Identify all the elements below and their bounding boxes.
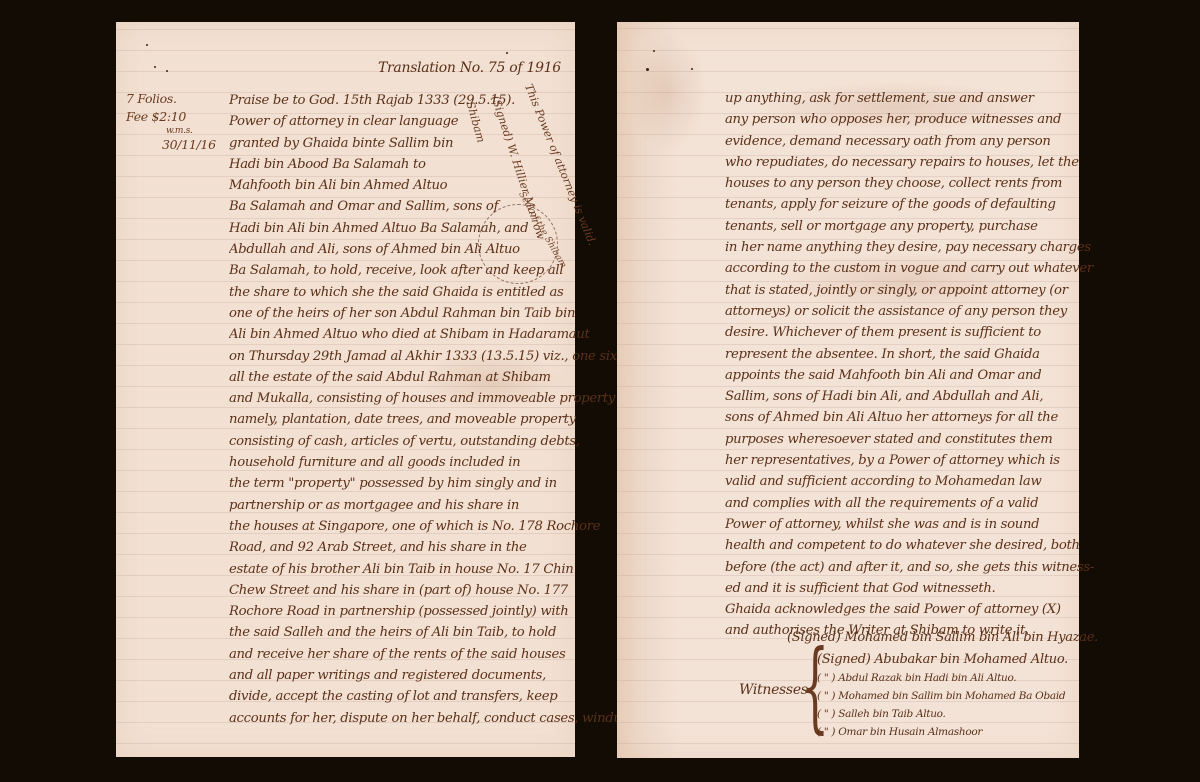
text-line: Hadi bin Abood Ba Salamah to xyxy=(229,154,646,175)
ink-speck xyxy=(166,70,168,72)
ink-speck xyxy=(146,44,148,46)
witness-signature: ( " ) Salleh bin Taib Altuo. xyxy=(817,705,1068,723)
text-line: household furniture and all goods includ… xyxy=(229,452,646,473)
text-line: desire. Whichever of them present is suf… xyxy=(725,322,1094,343)
text-line: granted by Ghaida binte Sallim bin xyxy=(229,133,646,154)
text-line: represent the absentee. In short, the sa… xyxy=(725,344,1094,365)
text-line: Hadi bin Ali bin Ahmed Altuo Ba Salamah,… xyxy=(229,218,646,239)
fee-note: Fee $2:10 xyxy=(126,108,216,126)
text-line: the term "property" possessed by him sin… xyxy=(229,473,646,494)
text-line: on Thursday 29th Jamad al Akhir 1333 (13… xyxy=(229,346,646,367)
text-line: Ghaida acknowledges the said Power of at… xyxy=(725,599,1094,620)
text-line: and all paper writings and registered do… xyxy=(229,665,646,686)
text-line: who repudiates, do necessary repairs to … xyxy=(725,152,1094,173)
text-line: ed and it is sufficient that God witness… xyxy=(725,578,1094,599)
text-line: her representatives, by a Power of attor… xyxy=(725,450,1094,471)
witness-signature: ( " ) Omar bin Husain Almashoor xyxy=(817,723,1068,741)
text-line: sons of Ahmed bin Ali Altuo her attorney… xyxy=(725,407,1094,428)
text-line: one of the heirs of her son Abdul Rahman… xyxy=(229,303,646,324)
text-line: partnership or as mortgagee and his shar… xyxy=(229,495,646,516)
text-line: divide, accept the casting of lot and tr… xyxy=(229,686,646,707)
text-line: namely, plantation, date trees, and move… xyxy=(229,409,646,430)
text-line: Mahfooth bin Ali bin Ahmed Altuo xyxy=(229,175,646,196)
text-line: Power of attorney in clear language xyxy=(229,111,646,132)
witnesses-label: Witnesses xyxy=(739,682,808,698)
translation-header: Translation No. 75 of 1916 xyxy=(378,60,561,76)
text-line: Praise be to God. 15th Rajab 1333 (29.5.… xyxy=(229,90,646,111)
text-line: any person who opposes her, produce witn… xyxy=(725,109,1094,130)
ink-speck xyxy=(154,66,156,68)
text-line: health and competent to do whatever she … xyxy=(725,535,1094,556)
text-line: tenants, sell or mortgage any property, … xyxy=(725,216,1094,237)
margin-note: 7 Folios. Fee $2:10 w.m.s. 30/11/16 xyxy=(126,90,216,154)
right-page-body: up anything, ask for settlement, sue and… xyxy=(725,88,1094,642)
text-line: Rochore Road in partnership (possessed j… xyxy=(229,601,646,622)
text-line: Abdullah and Ali, sons of Ahmed bin Ali … xyxy=(229,239,646,260)
right-page: up anything, ask for settlement, sue and… xyxy=(617,22,1079,758)
text-line: and Mukalla, consisting of houses and im… xyxy=(229,388,646,409)
text-line: up anything, ask for settlement, sue and… xyxy=(725,88,1094,109)
text-line: the houses at Singapore, one of which is… xyxy=(229,516,646,537)
text-line: accounts for her, dispute on her behalf,… xyxy=(229,708,646,729)
text-line: attorneys) or solicit the assistance of … xyxy=(725,301,1094,322)
text-line: estate of his brother Ali bin Taib in ho… xyxy=(229,559,646,580)
initials-note: w.m.s. xyxy=(166,126,216,136)
text-line: Power of attorney, whilst she was and is… xyxy=(725,514,1094,535)
principal-signature: (Signed) Mohamed bin Sallim bin Ali bin … xyxy=(787,630,1098,645)
text-line: evidence, demand necessary oath from any… xyxy=(725,131,1094,152)
text-line: Chew Street and his share in (part of) h… xyxy=(229,580,646,601)
text-line: appoints the said Mahfooth bin Ali and O… xyxy=(725,365,1094,386)
ink-speck xyxy=(691,68,693,70)
text-line: the share to which she the said Ghaida i… xyxy=(229,282,646,303)
text-line: Ali bin Ahmed Altuo who died at Shibam i… xyxy=(229,324,646,345)
text-line: Road, and 92 Arab Street, and his share … xyxy=(229,537,646,558)
text-line: according to the custom in vogue and car… xyxy=(725,258,1094,279)
text-line: Sallim, sons of Hadi bin Ali, and Abdull… xyxy=(725,386,1094,407)
left-page: Translation No. 75 of 1916 7 Folios. Fee… xyxy=(116,22,575,757)
text-line: valid and sufficient according to Mohame… xyxy=(725,471,1094,492)
text-line: Ba Salamah and Omar and Sallim, sons of xyxy=(229,196,646,217)
text-line: tenants, apply for seizure of the goods … xyxy=(725,194,1094,215)
text-line: that is stated, jointly or singly, or ap… xyxy=(725,280,1094,301)
date-note: 30/11/16 xyxy=(162,136,216,154)
text-line: and receive her share of the rents of th… xyxy=(229,644,646,665)
text-line: all the estate of the said Abdul Rahman … xyxy=(229,367,646,388)
folios-note: 7 Folios. xyxy=(126,90,216,108)
text-line: houses to any person they choose, collec… xyxy=(725,173,1094,194)
text-line: purposes wheresoever stated and constitu… xyxy=(725,429,1094,450)
ink-speck xyxy=(506,52,508,54)
text-line: consisting of cash, articles of vertu, o… xyxy=(229,431,646,452)
ink-speck xyxy=(646,68,649,71)
witness-signature: ( " ) Mohamed bin Sallim bin Mohamed Ba … xyxy=(817,687,1068,705)
paper-stain xyxy=(627,32,707,152)
text-line: the said Salleh and the heirs of Ali bin… xyxy=(229,622,646,643)
text-line: before (the act) and after it, and so, s… xyxy=(725,557,1094,578)
text-line: and complies with all the requirements o… xyxy=(725,493,1094,514)
ink-speck xyxy=(653,50,655,52)
witness-signature: ( " ) Abdul Razak bin Hadi bin Ali Altuo… xyxy=(817,669,1068,687)
text-line: Ba Salamah, to hold, receive, look after… xyxy=(229,260,646,281)
text-line: in her name anything they desire, pay ne… xyxy=(725,237,1094,258)
witness-signature: (Signed) Abubakar bin Mohamed Altuo. xyxy=(817,650,1068,669)
left-page-body: Praise be to God. 15th Rajab 1333 (29.5.… xyxy=(229,90,646,729)
witnesses-list: (Signed) Abubakar bin Mohamed Altuo. ( "… xyxy=(817,650,1068,741)
